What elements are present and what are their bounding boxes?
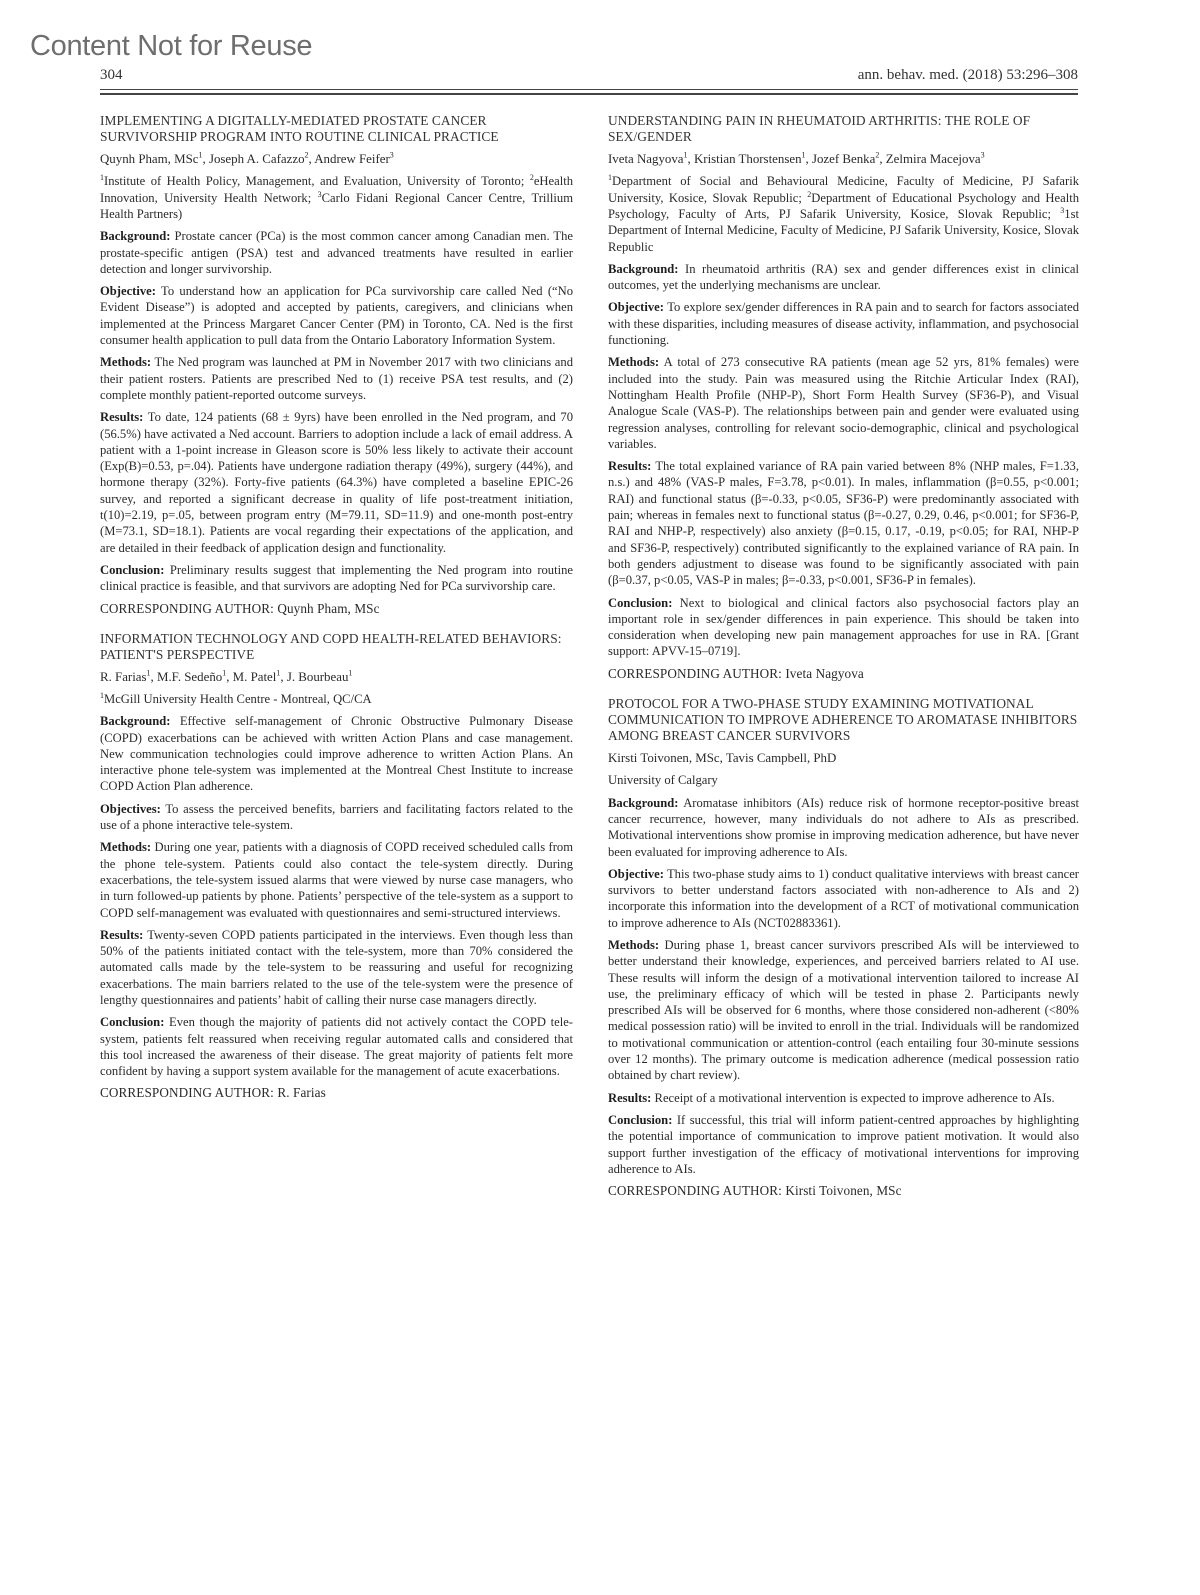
corresponding-author: CORRESPONDING AUTHOR: Quynh Pham, MSc [100,601,573,617]
section-background: Background: Aromatase inhibitors (AIs) r… [608,795,1079,860]
watermark: Content Not for Reuse [30,30,312,63]
running-header: 304 ann. behav. med. (2018) 53:296–308 [100,64,1078,84]
corresponding-author: CORRESPONDING AUTHOR: R. Farias [100,1085,573,1101]
page-number: 304 [100,67,123,84]
journal-citation: ann. behav. med. (2018) 53:296–308 [858,67,1078,84]
affiliations: 1McGill University Health Centre - Montr… [100,691,573,707]
section-methods: Methods: During phase 1, breast cancer s… [608,937,1079,1084]
abstract-rheumatoid-arthritis: UNDERSTANDING PAIN IN RHEUMATOID ARTHRIT… [608,113,1079,682]
section-conclusion: Conclusion: Preliminary results suggest … [100,562,573,595]
abstract-title: IMPLEMENTING A DIGITALLY-MEDIATED PROSTA… [100,113,573,145]
section-objective: Objective: To explore sex/gender differe… [608,299,1079,348]
author-list: R. Farias1, M.F. Sedeño1, M. Patel1, J. … [100,669,573,685]
section-methods: Methods: During one year, patients with … [100,839,573,920]
author-list: Quynh Pham, MSc1, Joseph A. Cafazzo2, An… [100,151,573,167]
left-column: IMPLEMENTING A DIGITALLY-MEDIATED PROSTA… [100,113,573,1115]
abstract-aromatase-inhibitors: PROTOCOL FOR A TWO-PHASE STUDY EXAMINING… [608,696,1079,1199]
affiliations: University of Calgary [608,772,1079,788]
corresponding-author: CORRESPONDING AUTHOR: Iveta Nagyova [608,666,1079,682]
section-objectives: Objectives: To assess the perceived bene… [100,801,573,834]
corresponding-author: CORRESPONDING AUTHOR: Kirsti Toivonen, M… [608,1183,1079,1199]
abstract-copd: INFORMATION TECHNOLOGY AND COPD HEALTH-R… [100,631,573,1102]
affiliations: 1Institute of Health Policy, Management,… [100,173,573,222]
author-list: Iveta Nagyova1, Kristian Thorstensen1, J… [608,151,1079,167]
section-objective: Objective: This two-phase study aims to … [608,866,1079,931]
section-conclusion: Conclusion: Even though the majority of … [100,1014,573,1079]
section-conclusion: Conclusion: If successful, this trial wi… [608,1112,1079,1177]
abstract-title: PROTOCOL FOR A TWO-PHASE STUDY EXAMINING… [608,696,1079,745]
right-column: UNDERSTANDING PAIN IN RHEUMATOID ARTHRIT… [608,113,1079,1213]
section-results: Results: The total explained variance of… [608,458,1079,588]
abstract-prostate-cancer: IMPLEMENTING A DIGITALLY-MEDIATED PROSTA… [100,113,573,617]
section-objective: Objective: To understand how an applicat… [100,283,573,348]
abstract-title: INFORMATION TECHNOLOGY AND COPD HEALTH-R… [100,631,573,663]
section-results: Results: Receipt of a motivational inter… [608,1090,1079,1106]
author-list: Kirsti Toivonen, MSc, Tavis Campbell, Ph… [608,750,1079,766]
affiliations: 1Department of Social and Behavioural Me… [608,173,1079,254]
section-methods: Methods: A total of 273 consecutive RA p… [608,354,1079,452]
section-background: Background: In rheumatoid arthritis (RA)… [608,261,1079,294]
section-background: Background: Prostate cancer (PCa) is the… [100,228,573,277]
header-rule [100,89,1078,95]
section-methods: Methods: The Ned program was launched at… [100,354,573,403]
abstract-title: UNDERSTANDING PAIN IN RHEUMATOID ARTHRIT… [608,113,1079,145]
section-conclusion: Conclusion: Next to biological and clini… [608,595,1079,660]
section-background: Background: Effective self-management of… [100,713,573,794]
section-results: Results: Twenty-seven COPD patients part… [100,927,573,1008]
section-results: Results: To date, 124 patients (68 ± 9yr… [100,409,573,556]
